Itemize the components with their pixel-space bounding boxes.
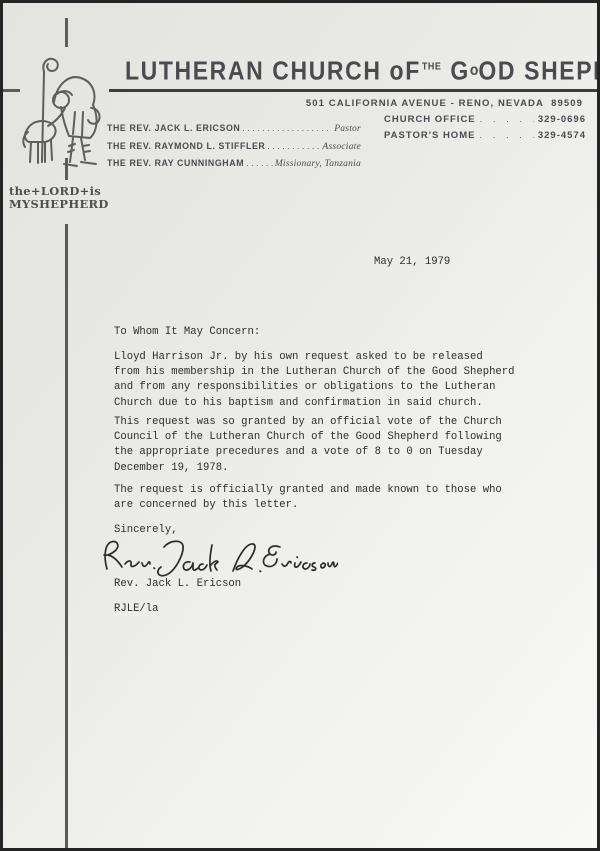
church-name-the: THE: [422, 60, 442, 71]
pastors-block: THE REV. JACK L. ERICSON ...............…: [107, 123, 361, 176]
pastor-row: THE REV. RAYMOND L. STIFFLER ...........…: [107, 141, 361, 159]
shepherd-logo-icon: [17, 50, 111, 182]
phone-row-office: CHURCH OFFICE . . . . . . . . . . 329-06…: [384, 114, 586, 130]
letter-page: the+LORD+is MYSHEPHERD LUTHERAN CHURCH o…: [0, 0, 600, 851]
dot-leader: ........................: [242, 123, 332, 133]
pastor-name: THE REV. JACK L. ERICSON: [107, 123, 240, 133]
salutation: To Whom It May Concern:: [114, 325, 260, 340]
dot-leader: . . . . . . . . . .: [480, 114, 534, 125]
church-name-od: OD: [478, 56, 516, 85]
pastor-row: THE REV. RAY CUNNINGHAM ................…: [107, 158, 361, 176]
phone-label: CHURCH OFFICE: [384, 114, 476, 125]
cross-mark-top: [65, 18, 68, 47]
church-name: LUTHERAN CHURCH oFTHE GoOD SHEPHERD: [125, 56, 497, 86]
dot-leader: ........................: [267, 141, 320, 151]
reference-initials: RJLE/la: [114, 602, 159, 617]
pastor-name: THE REV. RAYMOND L. STIFFLER: [107, 141, 265, 151]
pastor-role: Missionary, Tanzania: [275, 158, 361, 169]
paragraph-1: Lloyd Harrison Jr. by his own request as…: [114, 350, 515, 411]
church-name-left: LUTHERAN CHURCH: [125, 56, 382, 85]
motto-line2: MYSHEPHERD: [9, 198, 111, 211]
paragraph-2: This request was so granted by an offici…: [114, 415, 502, 476]
paragraph-3: The request is officially granted and ma…: [114, 483, 502, 513]
phone-row-home: PASTOR'S HOME . . . . . . . . . . 329-45…: [384, 130, 586, 146]
church-name-of: oF: [390, 56, 421, 85]
dot-leader: . . . . . . . . . .: [479, 130, 533, 141]
phone-number: 329-4574: [538, 130, 586, 141]
phone-number: 329-0696: [538, 114, 586, 125]
dot-leader: ........................: [246, 158, 273, 168]
church-name-g: G: [450, 56, 470, 85]
pastor-role: Pastor: [334, 123, 361, 134]
phone-block: CHURCH OFFICE . . . . . . . . . . 329-06…: [384, 114, 586, 145]
phone-label: PASTOR'S HOME: [384, 130, 475, 141]
church-name-shepherd: SHEPHERD: [524, 56, 600, 85]
church-address: 501 CALIFORNIA AVENUE - RENO, NEVADA 895…: [306, 98, 583, 109]
motto: the+LORD+is MYSHEPHERD: [9, 185, 111, 211]
pastor-name: THE REV. RAY CUNNINGHAM: [107, 158, 244, 168]
signature-handwriting: [100, 533, 338, 580]
letterhead-rule: [109, 89, 600, 92]
letter-date: May 21, 1979: [374, 255, 450, 270]
pastor-role: Associate: [322, 141, 361, 152]
left-margin-line: [65, 224, 68, 848]
pastor-row: THE REV. JACK L. ERICSON ...............…: [107, 123, 361, 141]
typed-signature-name: Rev. Jack L. Ericson: [114, 577, 241, 592]
